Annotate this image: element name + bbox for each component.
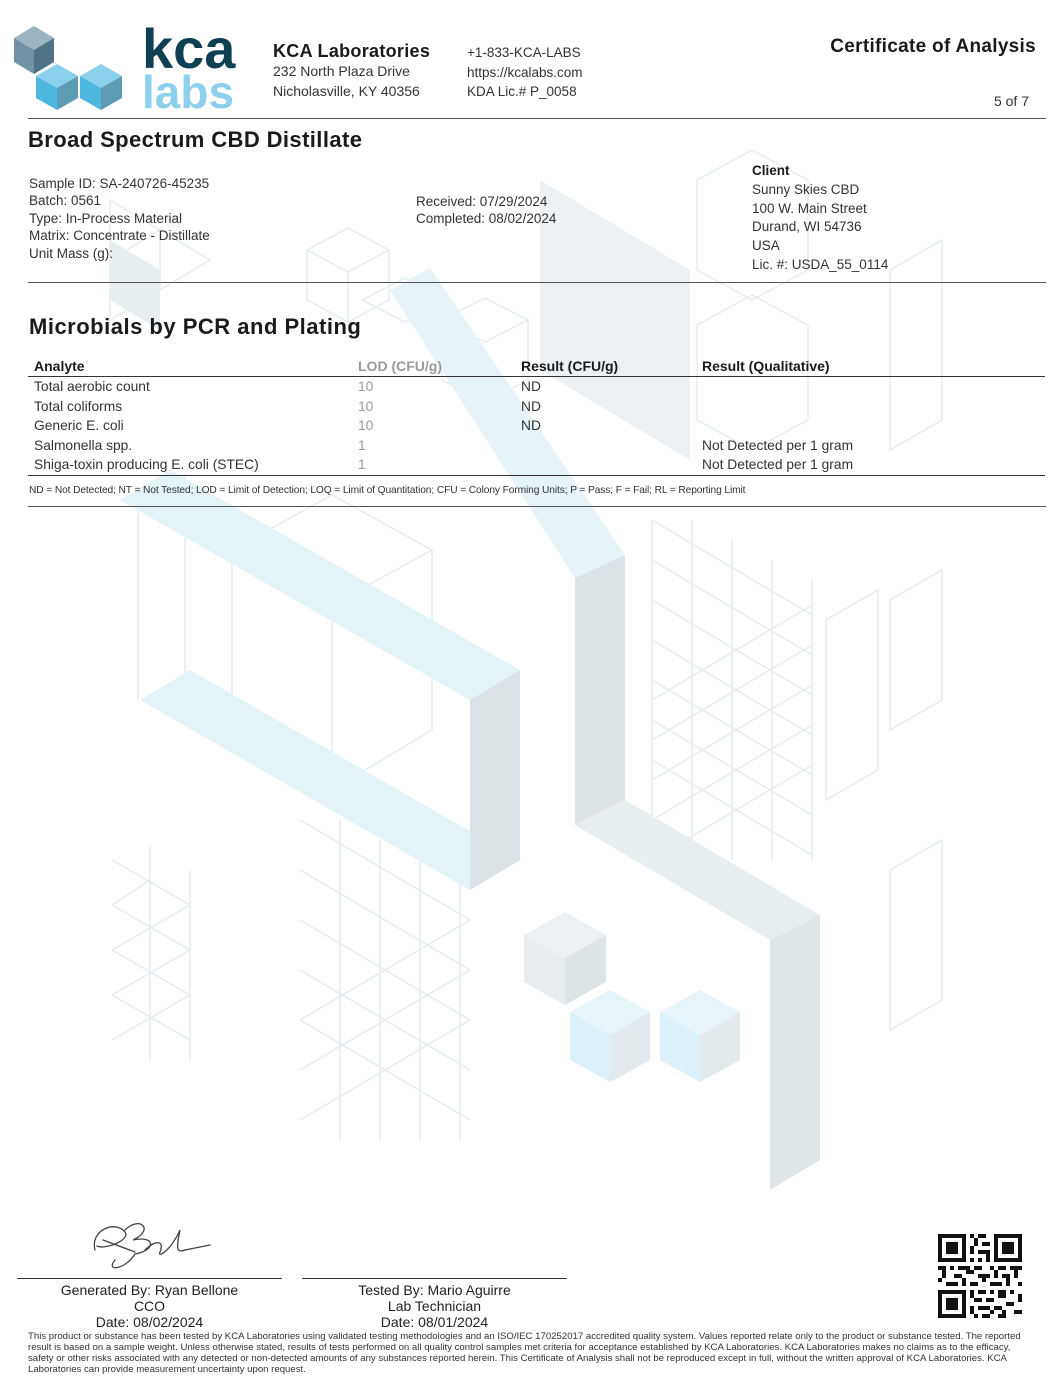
product-title: Broad Spectrum CBD Distillate [28,127,362,153]
lab-website-link[interactable]: https://kcalabs.com [467,63,583,83]
client-street: 100 W. Main Street [752,200,888,219]
table-row: Total aerobic count 10 ND [28,377,1045,397]
completed-date: Completed: 08/02/2024 [416,210,556,227]
analyte: Total aerobic count [28,377,352,397]
qr-code-icon[interactable] [938,1234,1022,1318]
microbials-section-title: Microbials by PCR and Plating [29,314,361,340]
signature-block-tested: Tested By: Mario Aguirre Lab Technician … [302,1282,567,1330]
matrix: Matrix: Concentrate - Distillate [29,227,210,244]
qualitative [696,377,1045,397]
abbreviation-legend: ND = Not Detected; NT = Not Tested; LOD … [29,485,745,496]
analyte: Shiga-toxin producing E. coli (STEC) [28,455,352,475]
lab-phone: +1-833-KCA-LABS [467,43,583,63]
table-header-row: Analyte LOD (CFU/g) Result (CFU/g) Resul… [28,355,1045,377]
client-license: Lic. #: USDA_55_0114 [752,256,888,275]
analyte: Total coliforms [28,397,352,417]
signer-name: Generated By: Ryan Bellone [17,1282,282,1298]
signer-date: Date: 08/01/2024 [302,1314,567,1330]
result [515,436,696,456]
page-number: 5 of 7 [994,93,1029,109]
lab-name: KCA Laboratories [273,40,430,62]
lod: 10 [352,416,515,436]
unit-mass: Unit Mass (g): [29,245,210,262]
result: ND [515,377,696,397]
table-row: Salmonella spp. 1 Not Detected per 1 gra… [28,436,1045,456]
column-analyte: Analyte [28,355,352,377]
table-bottom-divider [28,506,1046,507]
lab-contact: +1-833-KCA-LABS https://kcalabs.com KDA … [467,43,583,102]
qualitative [696,416,1045,436]
signature-ryan-bellone [85,1210,215,1275]
column-result-qualitative: Result (Qualitative) [696,355,1045,377]
lab-license: KDA Lic.# P_0058 [467,82,583,102]
sample-info: Sample ID: SA-240726-45235 Batch: 0561 T… [29,175,210,262]
lab-address-line1: 232 North Plaza Drive [273,62,430,82]
svg-text:labs: labs [142,66,234,112]
document-title: Certificate of Analysis [830,36,1036,58]
column-result-cfu: Result (CFU/g) [515,355,696,377]
result: ND [515,416,696,436]
signature-line-2 [302,1278,567,1279]
table-row: Generic E. coli 10 ND [28,416,1045,436]
sample-id: Sample ID: SA-240726-45235 [29,175,210,192]
analyte: Salmonella spp. [28,436,352,456]
signer-name: Tested By: Mario Aguirre [302,1282,567,1298]
signer-role: CCO [17,1298,282,1314]
lod: 1 [352,436,515,456]
table-row: Shiga-toxin producing E. coli (STEC) 1 N… [28,455,1045,475]
info-divider [28,282,1046,283]
received-date: Received: 07/29/2024 [416,193,556,210]
table-row: Total coliforms 10 ND [28,397,1045,417]
client-city: Durand, WI 54736 [752,218,888,237]
kca-labs-logo: kca labs [12,18,244,112]
lod: 1 [352,455,515,475]
cubes-logo-icon: kca labs [12,18,244,112]
signer-date: Date: 08/02/2024 [17,1314,282,1330]
sample-dates: Received: 07/29/2024 Completed: 08/02/20… [416,193,556,228]
sample-type: Type: In-Process Material [29,210,210,227]
header-divider [28,118,1046,119]
signature-line-1 [17,1278,282,1279]
lod: 10 [352,377,515,397]
analyte: Generic E. coli [28,416,352,436]
batch: Batch: 0561 [29,192,210,209]
microbials-table: Analyte LOD (CFU/g) Result (CFU/g) Resul… [28,355,1045,476]
signer-role: Lab Technician [302,1298,567,1314]
signature-block-generated: Generated By: Ryan Bellone CCO Date: 08/… [17,1282,282,1330]
column-lod: LOD (CFU/g) [352,355,515,377]
qualitative: Not Detected per 1 gram [696,455,1045,475]
result [515,455,696,475]
lod: 10 [352,397,515,417]
qualitative [696,397,1045,417]
client-name: Sunny Skies CBD [752,181,888,200]
qualitative: Not Detected per 1 gram [696,436,1045,456]
client-info: Client Sunny Skies CBD 100 W. Main Stree… [752,162,888,275]
lab-address-line2: Nicholasville, KY 40356 [273,82,430,102]
client-heading: Client [752,162,888,181]
client-country: USA [752,237,888,256]
lab-info: KCA Laboratories 232 North Plaza Drive N… [273,40,430,101]
result: ND [515,397,696,417]
disclaimer-text: This product or substance has been teste… [28,1331,1028,1375]
